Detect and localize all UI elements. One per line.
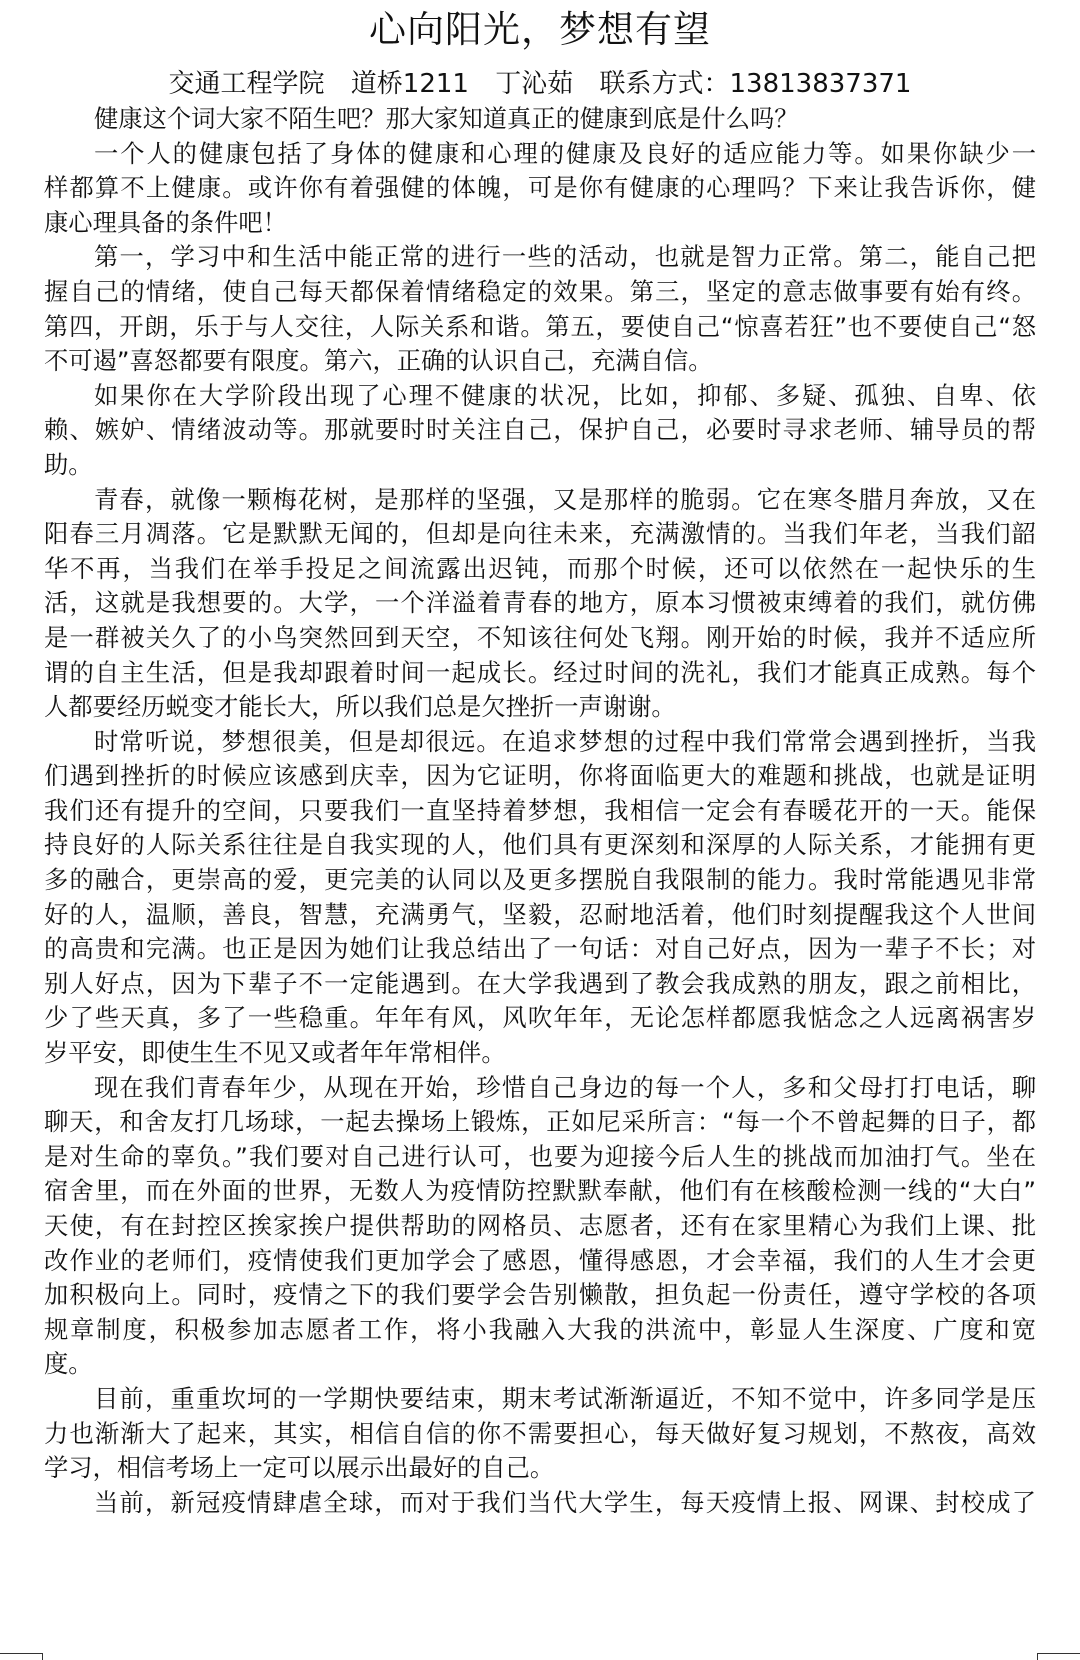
paragraph: 青春，就像一颗梅花树，是那样的坚强，又是那样的脆弱。它在寒冬腊月奔放，又在阳春三… xyxy=(44,483,1036,725)
paragraph-line: 赖、嫉妒、情绪波动等。那就要时时关注自己，保护自己，必要时寻求老师、辅导员的帮 xyxy=(44,413,1036,448)
paragraph-line: 当前，新冠疫情肆虐全球，而对于我们当代大学生，每天疫情上报、网课、封校成了 xyxy=(44,1486,1036,1521)
paragraph-line: 聊天，和舍友打几场球，一起去操场上锻炼，正如尼采所言：“每一个不曾起舞的日子，都 xyxy=(44,1105,1036,1140)
paragraph-line: 握自己的情绪，使自己每天都保着情绪稳定的效果。第三，坚定的意志做事要有始有终。 xyxy=(44,275,1036,310)
paragraph-line: 现在我们青春年少，从现在开始，珍惜自己身边的每一个人，多和父母打打电话，聊 xyxy=(44,1071,1036,1106)
paragraph-line: 们遇到挫折的时候应该感到庆幸，因为它证明，你将面临更大的难题和挑战，也就是证明 xyxy=(44,759,1036,794)
paragraph: 如果你在大学阶段出现了心理不健康的状况，比如，抑郁、多疑、孤独、自卑、依赖、嫉妒… xyxy=(44,379,1036,483)
paragraph: 第一，学习中和生活中能正常的进行一些的活动，也就是智力正常。第二，能自己把握自己… xyxy=(44,240,1036,378)
byline-contact: 联系方式：13813837371 xyxy=(600,69,912,99)
paragraph-line: 少了些天真，多了一些稳重。年年有风，风吹年年，无论怎样都愿我惦念之人远离祸害岁 xyxy=(44,1001,1036,1036)
document-body: 健康这个词大家不陌生吧？那大家知道真正的健康到底是什么吗？一个人的健康包括了身体… xyxy=(44,102,1036,1520)
paragraph-line: 宿舍里，而在外面的世界，无数人为疫情防控默默奉献，他们有在核酸检测一线的“大白” xyxy=(44,1174,1036,1209)
paragraph-line: 健康这个词大家不陌生吧？那大家知道真正的健康到底是什么吗？ xyxy=(44,102,1036,137)
crop-mark-left xyxy=(0,1653,43,1660)
paragraph: 时常听说，梦想很美，但是却很远。在追求梦想的过程中我们常常会遇到挫折，当我们遇到… xyxy=(44,725,1036,1071)
paragraph-line: 的高贵和完满。也正是因为她们让我总结出了一句话：对自己好点，因为一辈子不长；对 xyxy=(44,932,1036,967)
byline-author: 丁沁茹 xyxy=(495,69,573,99)
paragraph-line: 助。 xyxy=(44,448,1036,483)
paragraph-line: 别人好点，因为下辈子不一定能遇到。在大学我遇到了教会我成熟的朋友，跟之前相比， xyxy=(44,967,1036,1002)
paragraph-line: 活，这就是我想要的。大学，一个洋溢着青春的地方，原本习惯被束缚着的我们，就仿佛 xyxy=(44,586,1036,621)
paragraph-line: 是对生命的辜负。”我们要对自己进行认可，也要为迎接今后人生的挑战而加油打气。坐在 xyxy=(44,1140,1036,1175)
crop-mark-right xyxy=(1037,1653,1080,1660)
paragraph-line: 人都要经历蜕变才能长大，所以我们总是欠挫折一声谢谢。 xyxy=(44,690,1036,725)
paragraph-line: 度。 xyxy=(44,1347,1036,1382)
paragraph-line: 改作业的老师们，疫情使我们更加学会了感恩，懂得感恩，才会幸福，我们的人生才会更 xyxy=(44,1244,1036,1279)
byline-college: 交通工程学院 xyxy=(169,69,325,99)
paragraph-line: 我们还有提升的空间，只要我们一直坚持着梦想，我相信一定会有春暖花开的一天。能保 xyxy=(44,794,1036,829)
paragraph: 当前，新冠疫情肆虐全球，而对于我们当代大学生，每天疫情上报、网课、封校成了 xyxy=(44,1486,1036,1521)
paragraph-line: 好的人，温顺，善良，智慧，充满勇气，坚毅，忍耐地活着，他们时刻提醒我这个人世间 xyxy=(44,898,1036,933)
paragraph-line: 持良好的人际关系往往是自我实现的人，他们具有更深刻和深厚的人际关系，才能拥有更 xyxy=(44,828,1036,863)
paragraph-line: 力也渐渐大了起来，其实，相信自信的你不需要担心，每天做好复习规划，不熬夜，高效 xyxy=(44,1417,1036,1452)
paragraph-line: 岁平安，即使生生不见又或者年年常相伴。 xyxy=(44,1036,1036,1071)
paragraph-line: 一个人的健康包括了身体的健康和心理的健康及良好的适应能力等。如果你缺少一 xyxy=(44,137,1036,172)
paragraph-line: 第一，学习中和生活中能正常的进行一些的活动，也就是智力正常。第二，能自己把 xyxy=(44,240,1036,275)
paragraph-line: 如果你在大学阶段出现了心理不健康的状况，比如，抑郁、多疑、孤独、自卑、依 xyxy=(44,379,1036,414)
paragraph-line: 目前，重重坎坷的一学期快要结束，期末考试渐渐逼近，不知不觉中，许多同学是压 xyxy=(44,1382,1036,1417)
paragraph-line: 华不再，当我们在举手投足之间流露出迟钝，而那个时候，还可以依然在一起快乐的生 xyxy=(44,552,1036,587)
paragraph-line: 学习，相信考场上一定可以展示出最好的自己。 xyxy=(44,1451,1036,1486)
paragraph: 现在我们青春年少，从现在开始，珍惜自己身边的每一个人，多和父母打打电话，聊聊天，… xyxy=(44,1071,1036,1382)
paragraph-line: 多的融合，更崇高的爱，更完美的认同以及更多摆脱自我限制的能力。我时常能遇见非常 xyxy=(44,863,1036,898)
paragraph-line: 天使，有在封控区挨家挨户提供帮助的网格员、志愿者，还有在家里精心为我们上课、批 xyxy=(44,1209,1036,1244)
paragraph-line: 样都算不上健康。或许你有着强健的体魄，可是你有健康的心理吗？下来让我告诉你，健 xyxy=(44,171,1036,206)
paragraph-line: 规章制度，积极参加志愿者工作，将小我融入大我的洪流中，彰显人生深度、广度和宽 xyxy=(44,1313,1036,1348)
paragraph-line: 不可遏”喜怒都要有限度。第六，正确的认识自己，充满自信。 xyxy=(44,344,1036,379)
paragraph-line: 谓的自主生活，但是我却跟着时间一起成长。经过时间的洗礼，我们才能真正成熟。每个 xyxy=(44,656,1036,691)
paragraph-line: 加积极向上。同时，疫情之下的我们要学会告别懒散，担负起一份责任，遵守学校的各项 xyxy=(44,1278,1036,1313)
document-title: 心向阳光，梦想有望 xyxy=(0,4,1080,56)
paragraph-line: 时常听说，梦想很美，但是却很远。在追求梦想的过程中我们常常会遇到挫折，当我 xyxy=(44,725,1036,760)
paragraph: 一个人的健康包括了身体的健康和心理的健康及良好的适应能力等。如果你缺少一样都算不… xyxy=(44,137,1036,241)
paragraph-line: 阳春三月凋落。它是默默无闻的，但却是向往未来，充满激情的。当我们年老，当我们韶 xyxy=(44,517,1036,552)
author-byline: 交通工程学院 道桥1211 丁沁茹 联系方式：13813837371 xyxy=(0,64,1080,104)
paragraph-line: 是一群被关久了的小鸟突然回到天空，不知该往何处飞翔。刚开始的时候，我并不适应所 xyxy=(44,621,1036,656)
paragraph-line: 第四，开朗，乐于与人交往，人际关系和谐。第五，要使自己“惊喜若狂”也不要使自己“… xyxy=(44,310,1036,345)
paragraph-line: 康心理具备的条件吧！ xyxy=(44,206,1036,241)
byline-class: 道桥1211 xyxy=(351,69,469,99)
paragraph-line: 青春，就像一颗梅花树，是那样的坚强，又是那样的脆弱。它在寒冬腊月奔放，又在 xyxy=(44,483,1036,518)
paragraph: 目前，重重坎坷的一学期快要结束，期末考试渐渐逼近，不知不觉中，许多同学是压力也渐… xyxy=(44,1382,1036,1486)
paragraph: 健康这个词大家不陌生吧？那大家知道真正的健康到底是什么吗？ xyxy=(44,102,1036,137)
